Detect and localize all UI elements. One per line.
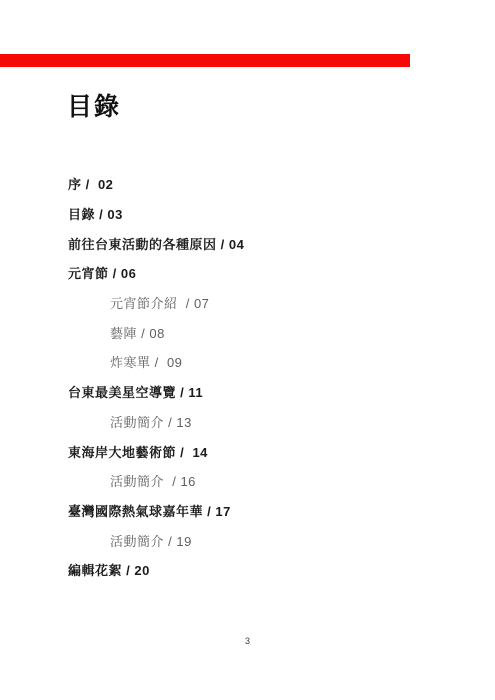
toc-subentry: 元宵節介紹 / 07 — [68, 288, 448, 318]
toc-subentry: 活動簡介 / 13 — [68, 407, 448, 437]
toc-subentry: 藝陣 / 08 — [68, 317, 448, 347]
toc-entry: 編輯花絮 / 20 — [68, 555, 448, 585]
toc-entry: 目錄 / 03 — [68, 199, 448, 229]
toc-subentry: 活動簡介 / 19 — [68, 525, 448, 555]
toc-subentry: 活動簡介 / 16 — [68, 466, 448, 496]
toc-entry: 元宵節 / 06 — [68, 258, 448, 288]
toc-entry: 東海岸大地藝術節 / 14 — [68, 436, 448, 466]
toc-entry: 序 / 02 — [68, 169, 448, 199]
page-title: 目錄 — [67, 94, 121, 122]
toc-list: 序 / 02目錄 / 03前往台東活動的各種原因 / 04元宵節 / 06元宵節… — [68, 169, 448, 585]
page-number: 3 — [0, 636, 495, 646]
toc-subentry: 炸寒單 / 09 — [68, 347, 448, 377]
toc-entry: 臺灣國際熱氣球嘉年華 / 17 — [68, 496, 448, 526]
accent-bar — [0, 54, 410, 67]
toc-entry: 前往台東活動的各種原因 / 04 — [68, 228, 448, 258]
toc-entry: 台東最美星空導覽 / 11 — [68, 377, 448, 407]
document-page: 目錄 序 / 02目錄 / 03前往台東活動的各種原因 / 04元宵節 / 06… — [0, 0, 495, 700]
